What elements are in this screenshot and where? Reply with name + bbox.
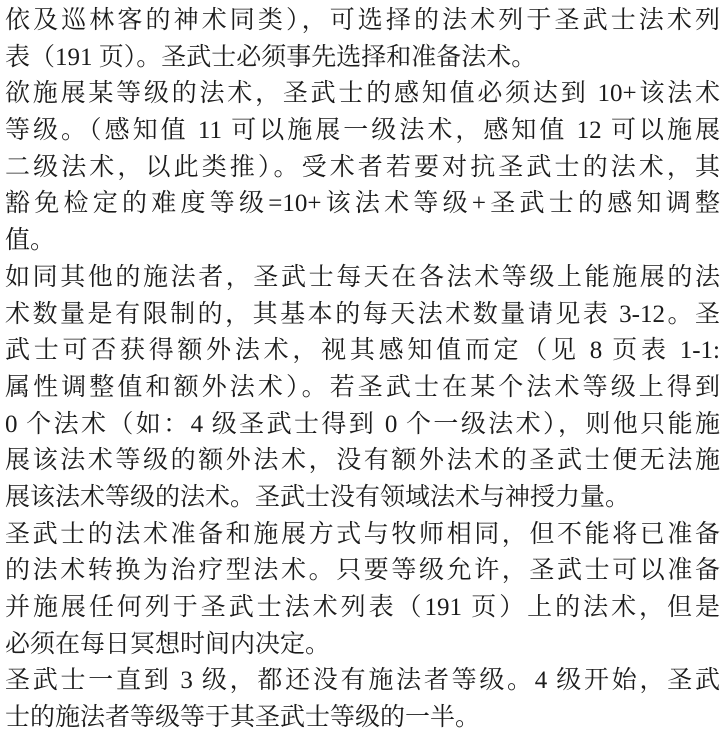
document-body: 依及巡林客的神术同类），可选择的法术列于圣武士法术列表（191 页）。圣武士必须… [5,3,720,737]
text-line: 必须在每日冥想时间内决定。 [5,627,720,664]
text-line: 0 个法术（如：4 级圣武士得到 0 个一级法术），则他只能施 [5,407,720,444]
text-line: 表（191 页）。圣武士必须事先选择和准备法术。 [5,40,720,77]
text-line: 等级。（感知值 11 可以施展一级法术，感知值 12 可以施展 [5,113,720,150]
text-line: 圣武士一直到 3 级，都还没有施法者等级。4 级开始，圣武 [5,663,720,700]
text-line: 的法术转换为治疗型法术。只要等级允许，圣武士可以准备 [5,553,720,590]
text-line: 欲施展某等级的法术，圣武士的感知值必须达到 10+该法术 [5,76,720,113]
text-line: 值。 [5,223,720,260]
text-line: 属性调整值和额外法术）。若圣武士在某个法术等级上得到 [5,370,720,407]
text-line: 士的施法者等级等于其圣武士等级的一半。 [5,700,720,737]
document-page: 依及巡林客的神术同类），可选择的法术列于圣武士法术列表（191 页）。圣武士必须… [0,0,725,739]
text-line: 展该法术等级的法术。圣武士没有领域法术与神授力量。 [5,480,720,517]
text-line: 并施展任何列于圣武士法术列表（191 页）上的法术，但是 [5,590,720,627]
text-line: 如同其他的施法者，圣武士每天在各法术等级上能施展的法 [5,260,720,297]
text-line: 武士可否获得额外法术，视其感知值而定（见 8 页表 1-1: [5,333,720,370]
text-line: 圣武士的法术准备和施展方式与牧师相同，但不能将已准备 [5,517,720,554]
text-line: 二级法术，以此类推）。受术者若要对抗圣武士的法术，其 [5,150,720,187]
text-line: 依及巡林客的神术同类），可选择的法术列于圣武士法术列 [5,3,720,40]
text-line: 展该法术等级的额外法术，没有额外法术的圣武士便无法施 [5,443,720,480]
text-line: 术数量是有限制的，其基本的每天法术数量请见表 3-12。圣 [5,297,720,334]
text-line: 豁免检定的难度等级=10+该法术等级+圣武士的感知调整 [5,186,720,223]
